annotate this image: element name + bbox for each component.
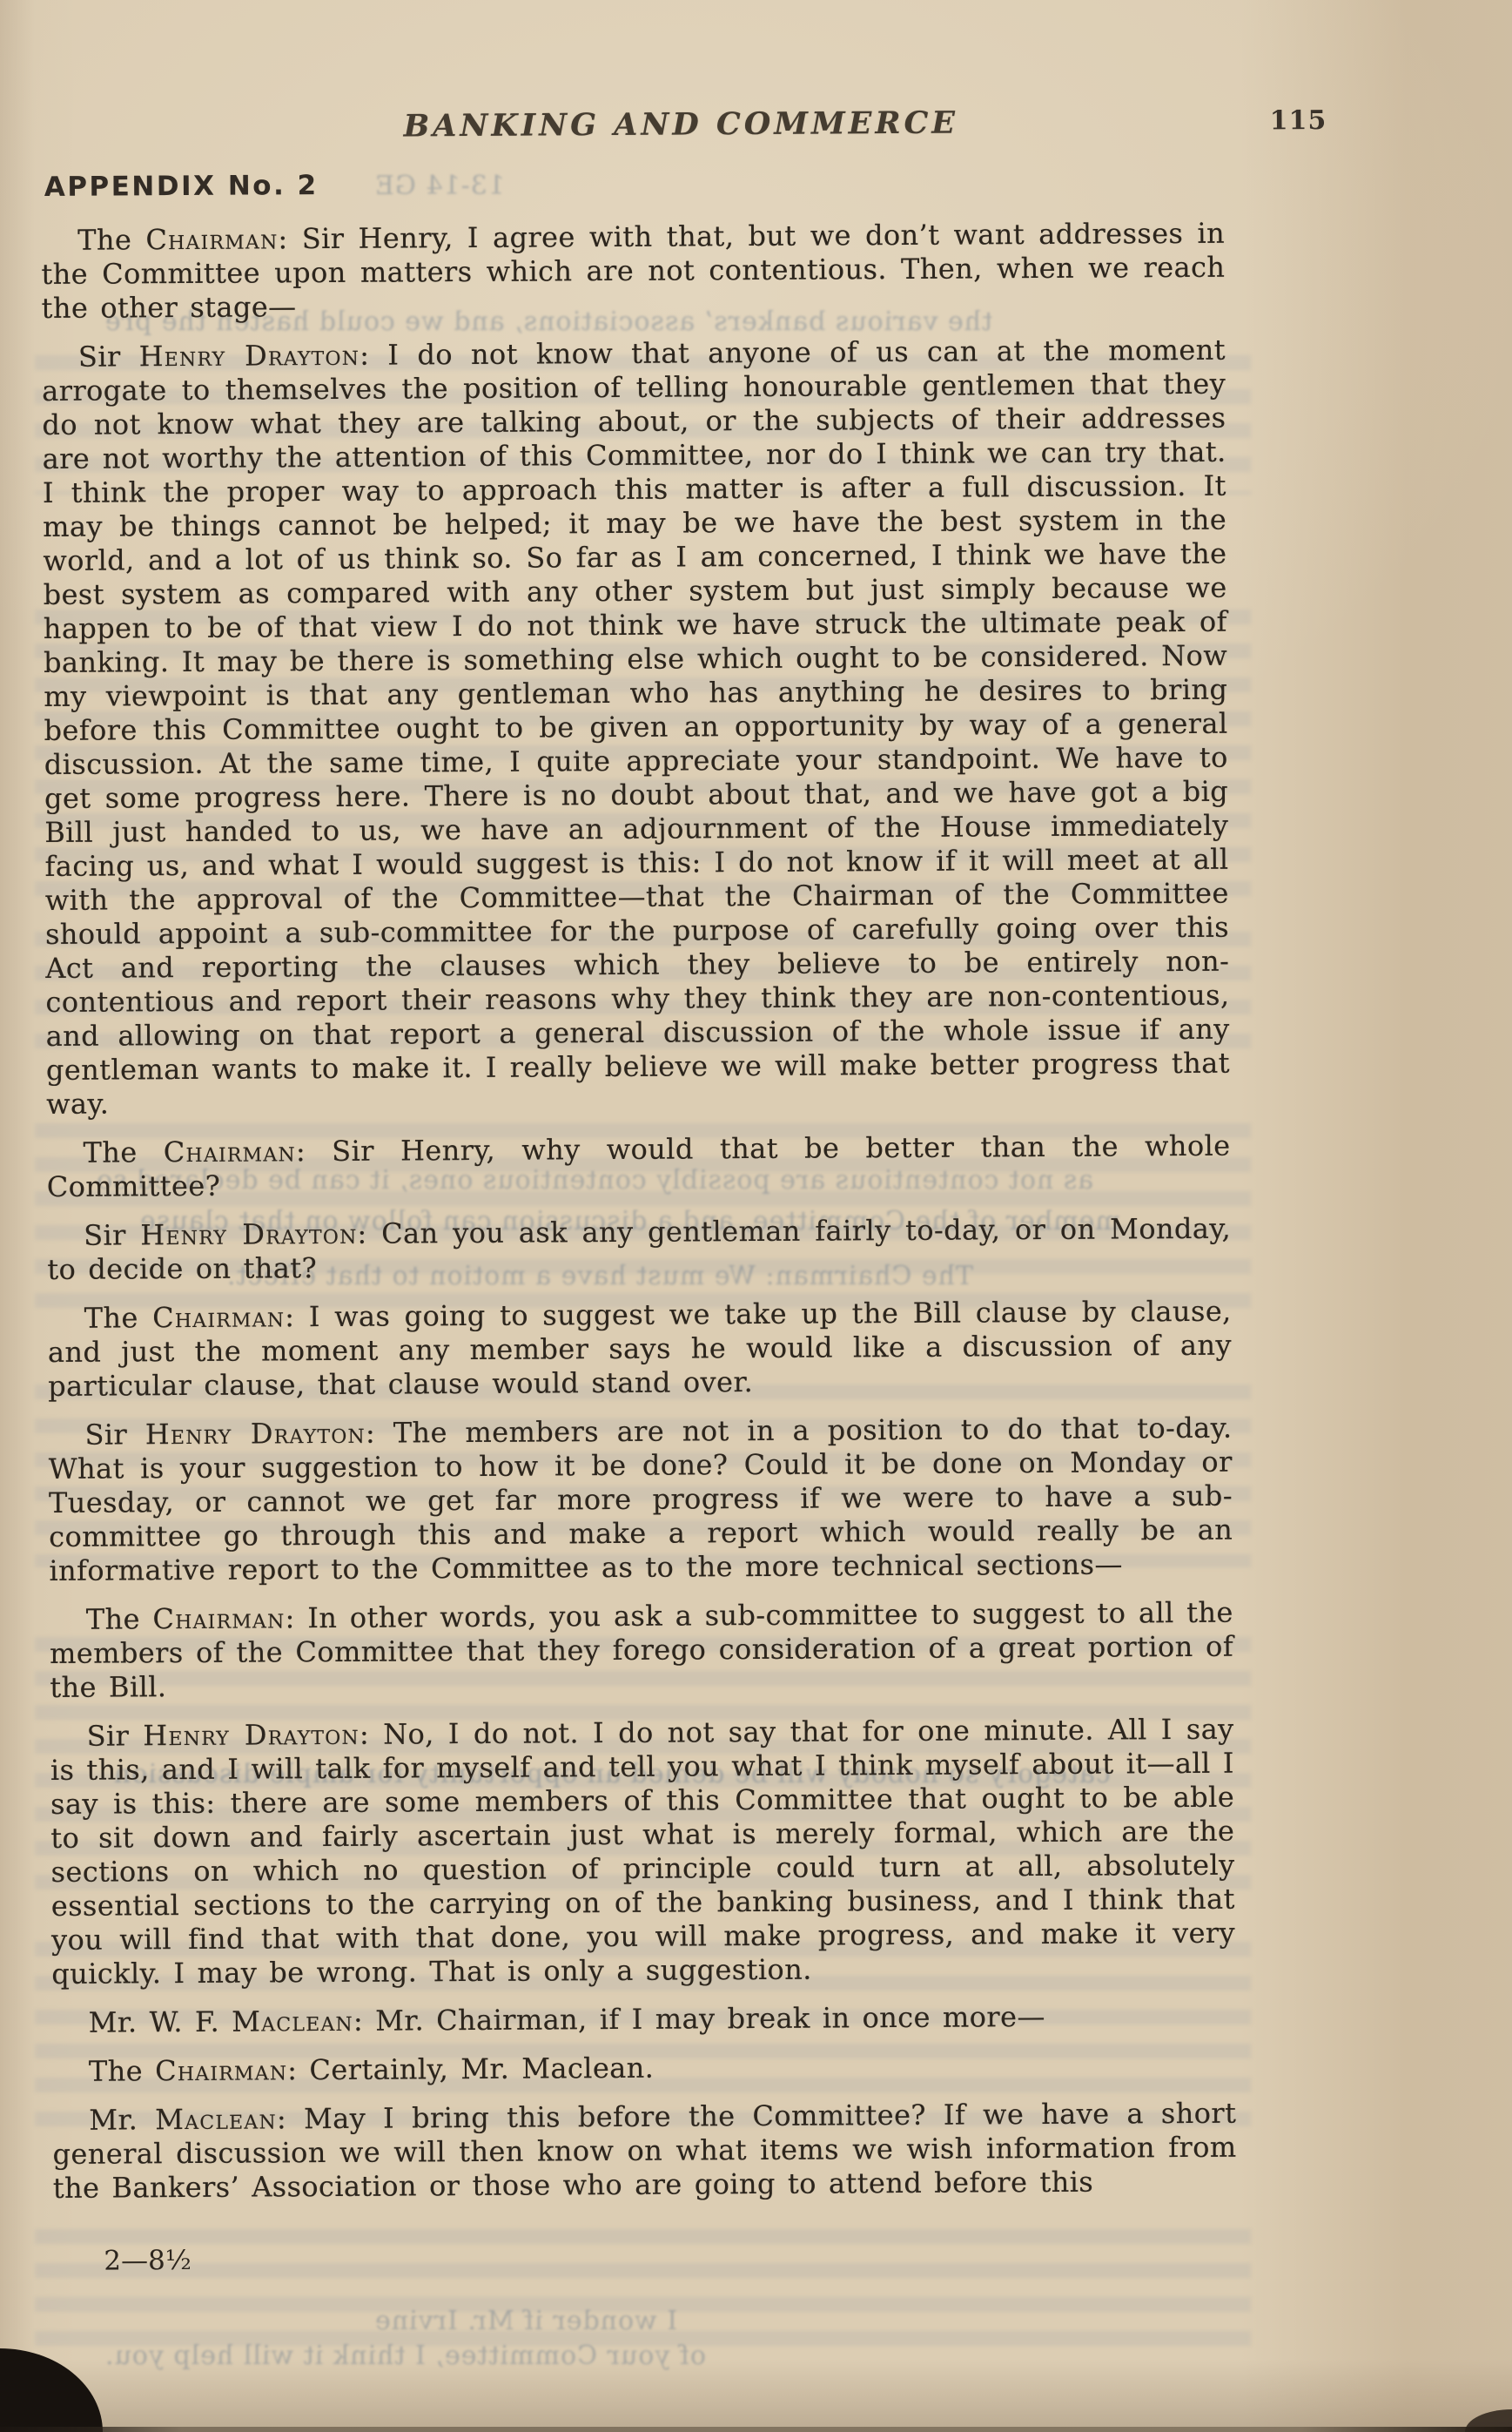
transcript-paragraph: Mr. W. F. Maclean: Mr. Chairman, if I ma… <box>52 1999 1236 2040</box>
speaker-name: Henry Drayton <box>140 1217 357 1252</box>
speaker-name: Chairman <box>152 1601 285 1635</box>
speaker-prefix: Sir <box>78 340 139 373</box>
transcript-paragraph: The Chairman: Certainly, Mr. Maclean. <box>52 2048 1236 2089</box>
speaker-prefix: Mr. <box>89 2103 155 2136</box>
transcript-paragraph: Sir Henry Drayton: I do not know that an… <box>42 333 1230 1122</box>
transcript-body: The Chairman: Sir Henry, I agree with th… <box>41 217 1237 2277</box>
speaker-prefix: The <box>89 2054 155 2087</box>
speaker-name: Chairman <box>155 2053 287 2087</box>
printer-signature-mark: 2—8½ <box>53 2239 1237 2277</box>
speaker-prefix: The <box>83 1135 163 1169</box>
transcript-paragraph: Sir Henry Drayton: No, I do not. I do no… <box>50 1713 1236 1991</box>
speaker-name: Henry Drayton <box>139 339 360 374</box>
running-header: BANKING AND COMMERCE 115 <box>38 104 1222 154</box>
speaker-prefix: Mr. W. F. <box>89 2005 232 2039</box>
speaker-name: Maclean <box>232 2004 353 2038</box>
speaker-name: Chairman <box>164 1135 296 1169</box>
section-label: APPENDIX No. 2 <box>44 170 319 203</box>
speaker-name: Henry Drayton <box>145 1417 366 1452</box>
speech-text: : I do not know that anyone of us can at… <box>42 333 1230 1121</box>
speaker-name: Chairman <box>152 1300 285 1334</box>
page-title: BANKING AND COMMERCE <box>89 103 1273 145</box>
transcript-paragraph: Sir Henry Drayton: Can you ask any gentl… <box>47 1212 1231 1287</box>
speaker-prefix: Sir <box>87 1719 144 1752</box>
transcript-paragraph: The Chairman: Sir Henry, I agree with th… <box>41 217 1226 326</box>
speaker-prefix: The <box>86 1602 153 1635</box>
page-content: BANKING AND COMMERCE 115 APPENDIX No. 2 … <box>0 0 1512 2432</box>
transcript-paragraph: The Chairman: Sir Henry, why would that … <box>46 1129 1230 1204</box>
speaker-name: Maclean <box>155 2102 277 2136</box>
transcript-paragraph: The Chairman: In other words, you ask a … <box>50 1596 1234 1705</box>
speech-text: : No, I do not. I do not say that for on… <box>50 1713 1235 1991</box>
page-number: 115 <box>1270 105 1327 136</box>
scanned-page: the various bankers’ associations, and w… <box>0 0 1512 2432</box>
scan-bottom-edge <box>0 2427 1512 2432</box>
transcript-paragraph: Sir Henry Drayton: The members are not i… <box>48 1411 1233 1588</box>
transcript-paragraph: The Chairman: I was going to suggest we … <box>48 1295 1233 1404</box>
speaker-name: Henry Drayton <box>143 1718 360 1753</box>
speech-text: : Certainly, Mr. Maclean. <box>287 2051 654 2087</box>
speaker-name: Chairman <box>145 222 278 256</box>
speech-text: : Mr. Chairman, if I may break in once m… <box>353 2000 1045 2038</box>
speaker-prefix: Sir <box>84 1418 145 1451</box>
speaker-prefix: Sir <box>84 1218 140 1251</box>
transcript-paragraph: Mr. Maclean: May I bring this before the… <box>52 2097 1237 2206</box>
speaker-prefix: The <box>77 223 145 256</box>
speaker-prefix: The <box>84 1301 153 1334</box>
